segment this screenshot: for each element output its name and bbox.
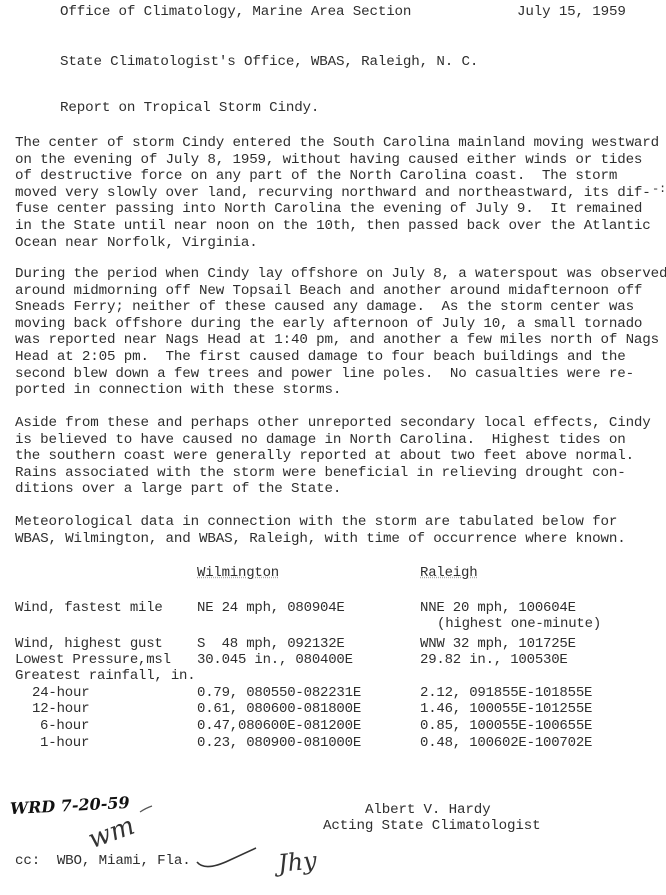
handwritten-check-stroke xyxy=(0,0,666,895)
